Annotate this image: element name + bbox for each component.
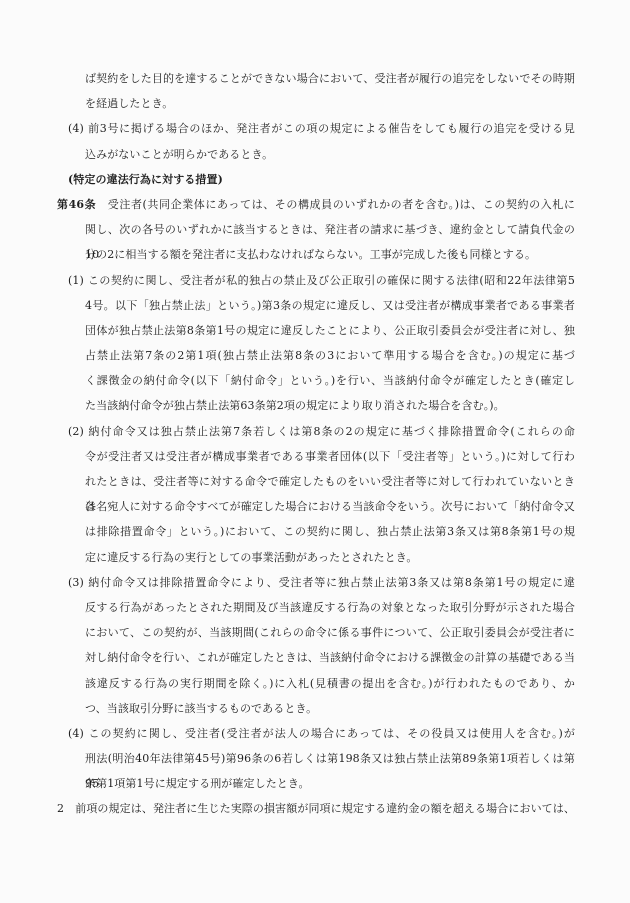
text-line: つ、当該取引分野に該当するものであるとき。 — [85, 696, 630, 721]
text-line: 占禁止法第7条の2第1項(独占禁止法第8条の3において準用する場合を含む。)の規… — [85, 343, 575, 368]
text-run: は排除措置命令」という。)において、この契約に関し、独占禁止法第3条又は第8条第… — [85, 525, 575, 538]
text-line: 団体が独占禁止法第8条第1号の規定に違反したことにより、公正取引委員会が受注者に… — [85, 318, 575, 343]
text-run: ば契約をした目的を達することができない場合において、受注者が履行の追完をしないで… — [85, 72, 575, 85]
text-line: 対し納付命令を行い、これが確定したときは、当該納付命令における課徴金の計算の基礎… — [85, 645, 575, 670]
bold-text-run: (特定の違法行為に対する措置) — [68, 173, 223, 186]
text-line: 令が受注者又は受注者が構成事業者である事業者団体(以下「受注者等」という。)に対… — [85, 444, 575, 469]
text-line: れたときは、受注者等に対する命令で確定したものをいい受注者等に対して行われていな… — [85, 469, 575, 494]
text-line: (3) 納付命令又は排除措置命令により、受注者等に独占禁止法第3条又は第8条第1… — [68, 570, 575, 595]
text-line: 各名宛人に対する命令すべてが確定した場合における当該命令をいう。次号において「納… — [85, 494, 575, 519]
text-line: た当該納付命令が独占禁止法第63条第2項の規定により取り消された場合を含む。)。 — [85, 393, 630, 418]
text-run: つ、当該取引分野に該当するものであるとき。 — [85, 702, 317, 715]
text-run: 該違反する行為の実行期間を除く。)に入札(見積書の提出を含む。)が行われたもので… — [85, 677, 575, 690]
text-line: (2) 納付命令又は独占禁止法第7条若しくは第8条の2の規定に基づく排除措置命令… — [68, 419, 575, 444]
text-line: (1) この契約に関し、受注者が私的独占の禁止及び公正取引の確保に関する法律(昭… — [68, 268, 575, 293]
text-run: 各名宛人に対する命令すべてが確定した場合における当該命令をいう。次号において「納… — [85, 500, 575, 513]
text-line: (4) この契約に関し、受注者(受注者が法人の場合にあっては、その役員又は使用人… — [68, 721, 575, 746]
text-line: 関し、次の各号のいずれかに該当するときは、発注者の請求に基づき、違約金として請負… — [85, 217, 575, 242]
text-run: 受注者(共同企業体にあっては、その構成員のいずれかの者を含む。)は、この契約の入… — [96, 198, 575, 211]
text-run: 反する行為があったとされた期間及び当該違反する行為の対象となった取引分野が示され… — [85, 601, 575, 614]
text-run: (3) 納付命令又は排除措置命令により、受注者等に独占禁止法第3条又は第8条第1… — [68, 576, 575, 589]
text-line: 第46条 受注者(共同企業体にあっては、その構成員のいずれかの者を含む。)は、こ… — [57, 192, 575, 217]
text-run: (2) 納付命令又は独占禁止法第7条若しくは第8条の2の規定に基づく排除措置命令… — [68, 425, 575, 438]
text-run: を経過したとき。 — [85, 97, 173, 110]
document-body: ば契約をした目的を達することができない場合において、受注者が履行の追完をしないで… — [0, 66, 630, 822]
contract-document-page: ば契約をした目的を達することができない場合において、受注者が履行の追完をしないで… — [0, 0, 630, 903]
text-line: 2 前項の規定は、発注者に生じた実際の損害額が同項に規定する違約金の額を超える場… — [57, 796, 575, 821]
text-run: 込みがないことが明らかであるとき。 — [85, 148, 273, 161]
text-line: 定に違反する行為の実行としての事業活動があったとされたとき。 — [85, 545, 630, 570]
text-line: 条第1項第1号に規定する刑が確定したとき。 — [85, 771, 630, 796]
text-line: 反する行為があったとされた期間及び当該違反する行為の対象となった取引分野が示され… — [85, 595, 575, 620]
text-run: 占禁止法第7条の2第1項(独占禁止法第8条の3において準用する場合を含む。)の規… — [85, 349, 575, 362]
text-line: く課徴金の納付命令(以下「納付命令」という。)を行い、当該納付命令が確定したとき… — [85, 368, 575, 393]
text-line: 該違反する行為の実行期間を除く。)に入札(見積書の提出を含む。)が行われたもので… — [85, 671, 575, 696]
text-run: 定に違反する行為の実行としての事業活動があったとされたとき。 — [85, 551, 417, 564]
text-line: は排除措置命令」という。)において、この契約に関し、独占禁止法第3条又は第8条第… — [85, 519, 575, 544]
text-run: において、この契約が、当該期間(これらの命令に係る事件について、公正取引委員会が… — [85, 626, 575, 639]
text-line: を経過したとき。 — [85, 91, 630, 116]
text-run: く課徴金の納付命令(以下「納付命令」という。)を行い、当該納付命令が確定したとき… — [85, 374, 575, 387]
text-line: において、この契約が、当該期間(これらの命令に係る事件について、公正取引委員会が… — [85, 620, 575, 645]
text-line: (4) 前3号に掲げる場合のほか、発注者がこの項の規定による催告をしても履行の追… — [68, 116, 575, 141]
text-run: 対し納付命令を行い、これが確定したときは、当該納付命令における課徴金の計算の基礎… — [85, 651, 575, 664]
text-run: 4号。以下「独占禁止法」という。)第3条の規定に違反し、又は受注者が構成事業者で… — [85, 299, 575, 312]
text-run: 令が受注者又は受注者が構成事業者である事業者団体(以下「受注者等」という。)に対… — [85, 450, 575, 463]
text-run: 条第1項第1号に規定する刑が確定したとき。 — [85, 777, 310, 790]
text-line: ば契約をした目的を達することができない場合において、受注者が履行の追完をしないで… — [85, 66, 575, 91]
text-line: (特定の違法行為に対する措置) — [68, 167, 630, 192]
text-run: (4) この契約に関し、受注者(受注者が法人の場合にあっては、その役員又は使用人… — [68, 727, 575, 740]
text-line: 刑法(明治40年法律第45号)第96条の6若しくは第198条又は独占禁止法第89… — [85, 746, 575, 771]
text-run: (4) 前3号に掲げる場合のほか、発注者がこの項の規定による催告をしても履行の追… — [68, 122, 575, 135]
text-line: 込みがないことが明らかであるとき。 — [85, 142, 630, 167]
bold-text-run: 第46条 — [57, 198, 96, 211]
text-run: た当該納付命令が独占禁止法第63条第2項の規定により取り消された場合を含む。)。 — [85, 399, 505, 412]
text-line: 4号。以下「独占禁止法」という。)第3条の規定に違反し、又は受注者が構成事業者で… — [85, 293, 575, 318]
text-line: 分の2に相当する額を発注者に支払わなければならない。工事が完成した後も同様とする… — [85, 242, 630, 267]
text-run: 分の2に相当する額を発注者に支払わなければならない。工事が完成した後も同様とする… — [85, 248, 536, 261]
text-run: (1) この契約に関し、受注者が私的独占の禁止及び公正取引の確保に関する法律(昭… — [68, 274, 575, 287]
text-run: 団体が独占禁止法第8条第1号の規定に違反したことにより、公正取引委員会が受注者に… — [85, 324, 575, 337]
text-run: 2 前項の規定は、発注者に生じた実際の損害額が同項に規定する違約金の額を超える場… — [57, 802, 575, 815]
